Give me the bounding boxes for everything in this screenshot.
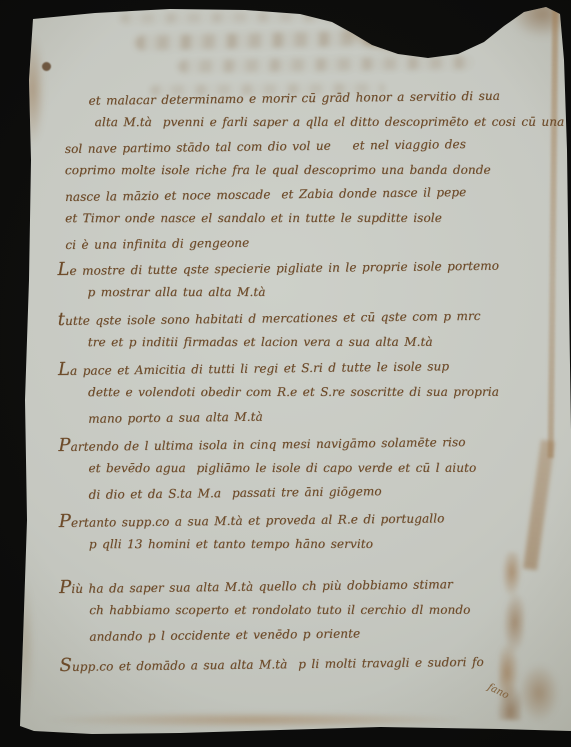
text-line: Supp.co et domādo a sua alta M.tà p li m… (59, 649, 557, 679)
paragraph: tutte qste isole sono habitati d mercati… (56, 305, 556, 356)
text-line: di dio et da S.ta M.a passati tre āni gi… (88, 477, 556, 507)
text-line: nasce la māzio et noce moscade et Zabia … (65, 179, 555, 209)
text-line: mano porto a sua alta M.tà (88, 401, 556, 431)
text-line: p mostrar alla tua alta M.tà (88, 280, 556, 304)
text-line: et bevēdo agua pigliāmo le isole di capo… (88, 456, 556, 480)
paragraph: La pace et Amicitia di tutti li regi et … (56, 355, 556, 430)
text-line: Più ha da saper sua alta M.tà quello ch … (59, 571, 557, 601)
paragraph: et malacar determinamo e morir cū grād h… (54, 85, 555, 256)
text-line: andando p l occidente et venēdo p orient… (89, 619, 557, 649)
bottom-edge-stain (30, 712, 530, 728)
text-line: Partendo de l ultima isola in cinq mesi … (58, 429, 556, 459)
left-edge-stain (22, 20, 48, 160)
text-line: sol nave partimo stādo tal com dio vol u… (65, 131, 555, 161)
text-line: tutte qste isole sono habitati d mercati… (58, 303, 556, 333)
text-line: tre et p inditii firmadas et lacion vera… (88, 330, 556, 354)
ink-spot (42, 62, 51, 71)
text-line: alta M.tà pvenni e farli saper a qlla el… (95, 110, 555, 134)
text-line: ci è una infinita di gengeone (65, 227, 555, 257)
manuscript-text: et malacar determinamo e morir cū grād h… (54, 85, 557, 680)
paragraph: Pertanto supp.co a sua M.tà et proveda a… (57, 507, 557, 558)
text-line: ch habbiamo scoperto et rondolato tuto i… (89, 598, 557, 622)
top-right-corner-stain (496, 0, 571, 46)
bleedthrough-smudge (135, 28, 475, 50)
top-edge-stain (325, 4, 503, 64)
text-line: coprimo molte isole riche fra le qual de… (65, 158, 555, 182)
paragraph: Supp.co et domādo a sua alta M.tà p li m… (57, 651, 557, 678)
catchword: fano (486, 682, 511, 702)
text-line: et malacar determinamo e morir cū grād h… (88, 83, 554, 113)
left-lower-stain (18, 560, 36, 730)
paragraph: Le mostre di tutte qste specierie piglia… (55, 255, 555, 306)
bleedthrough-smudge (120, 10, 420, 23)
manuscript-photo: et malacar determinamo e morir cū grād h… (0, 0, 571, 747)
text-line: et Timor onde nasce el sandalo et in tut… (65, 206, 555, 230)
text-line: La pace et Amicitia di tutti li regi et … (58, 353, 556, 383)
manuscript-page: et malacar determinamo e morir cū grād h… (0, 0, 571, 747)
text-line: dette e volendoti obedir com R.e et S.re… (88, 380, 556, 404)
text-line: Le mostre di tutte qste specierie piglia… (57, 253, 555, 283)
paragraph: Partendo de l ultima isola in cinq mesi … (56, 431, 556, 506)
text-line: Pertanto supp.co a sua M.tà et proveda a… (59, 505, 557, 535)
bleedthrough-smudge (178, 56, 473, 73)
paragraph: Più ha da saper sua alta M.tà quello ch … (57, 573, 557, 648)
text-line: p qlli 13 homini et tanto tempo hāno ser… (89, 532, 557, 556)
